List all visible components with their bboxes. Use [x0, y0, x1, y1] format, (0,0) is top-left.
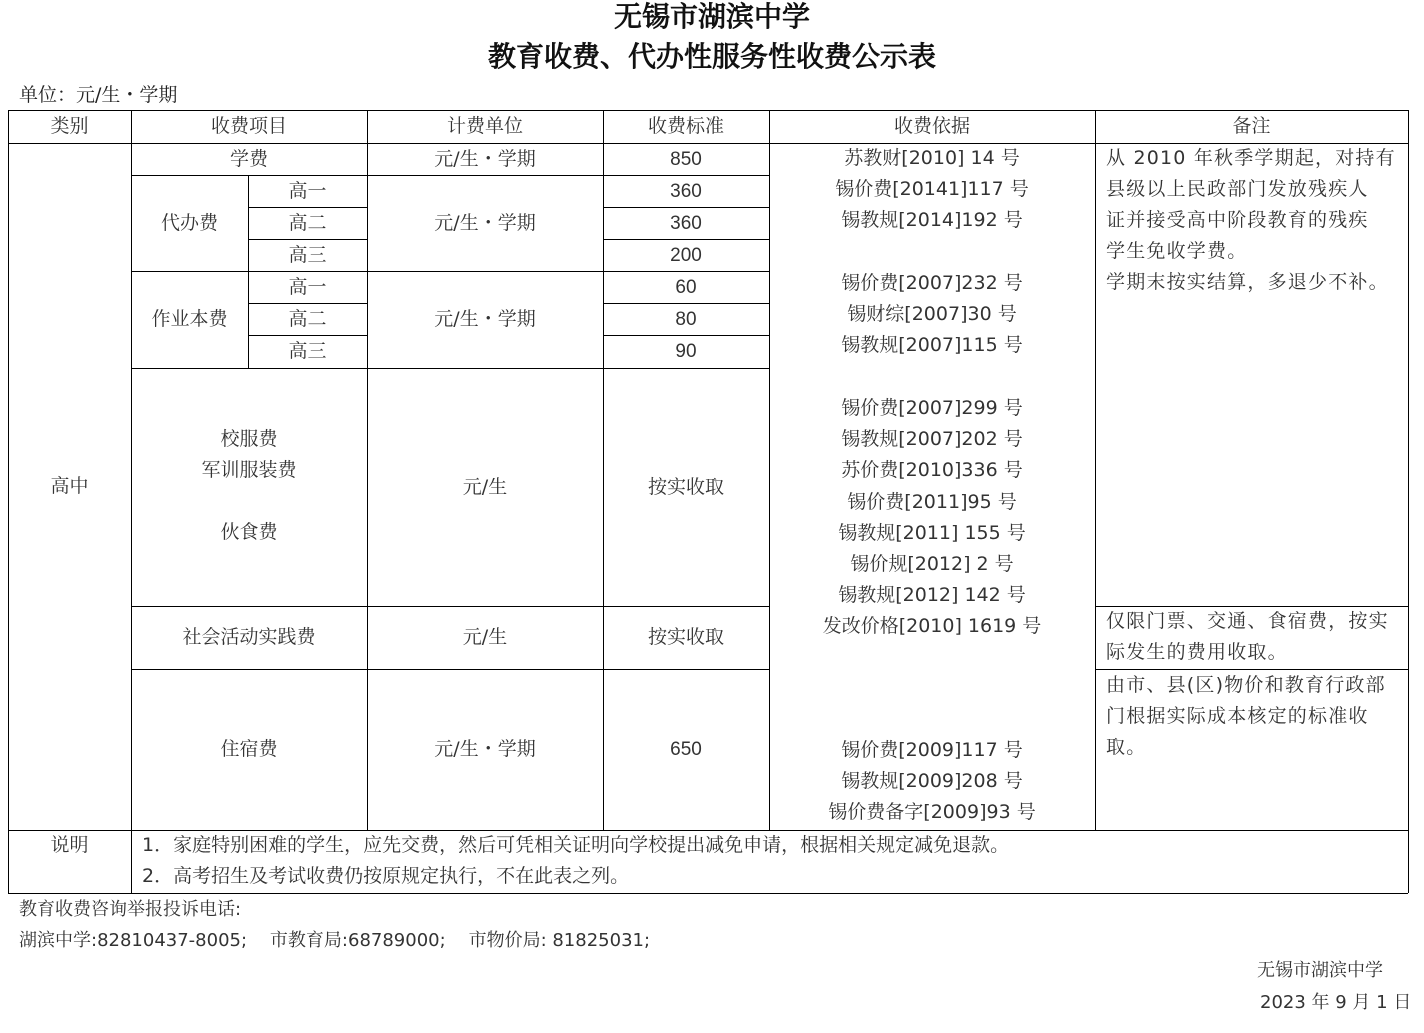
- social-unit: 元/生: [367, 606, 603, 669]
- basis-line: 锡教规[2007]202 号: [841, 424, 1022, 455]
- basis-line: 锡教规[2014]192 号: [841, 205, 1022, 236]
- workbook-item: 作业本费: [131, 271, 248, 368]
- header-remarks: 备注: [1095, 110, 1408, 143]
- dorm-item: 住宿费: [131, 669, 367, 830]
- remark-line: 仅限门票、交通、食宿费，按实: [1106, 606, 1400, 637]
- explanation-item-1: 1．家庭特别困难的学生，应先交费，然后可凭相关证明向学校提出减免申请，根据相关规…: [142, 830, 1402, 861]
- remark-social-practice: 仅限门票、交通、食宿费，按实 际发生的费用收取。: [1095, 606, 1408, 668]
- agency-standard-2: 360: [603, 207, 769, 239]
- workbook-grade-3: 高三: [248, 335, 367, 368]
- hotline-phones: 湖滨中学:82810437-8005; 市教育局:68789000; 市物价局:…: [19, 929, 650, 953]
- basis-line: 锡价规[2012] 2 号: [850, 549, 1013, 580]
- header-category: 类别: [8, 110, 131, 143]
- military-uniform-item: 军训服装费: [131, 455, 367, 486]
- basis-line: 锡价费[20141]117 号: [835, 174, 1029, 205]
- remark-line: 门根据实际成本核定的标准收: [1106, 701, 1400, 732]
- agency-unit: 元/生・学期: [367, 175, 603, 271]
- remark-line: 由市、县(区)物价和教育行政部: [1106, 670, 1400, 701]
- basis-group-dorm: 锡价费[2009]117 号 锡教规[2009]208 号 锡价费备字[2009…: [769, 735, 1095, 829]
- remark-line: 县级以上民政部门发放残疾人: [1106, 174, 1400, 205]
- workbook-unit: 元/生・学期: [367, 271, 603, 368]
- remark-dorm: 由市、县(区)物价和教育行政部 门根据实际成本核定的标准收 取。: [1095, 670, 1408, 763]
- basis-line: 锡教规[2011] 155 号: [838, 518, 1026, 549]
- school-title: 无锡市湖滨中学: [0, 0, 1424, 34]
- header-item: 收费项目: [131, 110, 367, 143]
- basis-line: 锡财综[2007]30 号: [847, 299, 1016, 330]
- issuer-name: 无锡市湖滨中学: [1257, 959, 1383, 983]
- explanation-label: 说明: [8, 830, 131, 861]
- workbook-standard-1: 60: [603, 271, 769, 303]
- agency-grade-2: 高二: [248, 207, 367, 239]
- agency-item: 代办费: [131, 175, 248, 271]
- dorm-standard: 650: [603, 669, 769, 830]
- agency-grade-1: 高一: [248, 175, 367, 207]
- basis-line: 锡教规[2007]115 号: [841, 330, 1022, 361]
- agency-standard-3: 200: [603, 239, 769, 271]
- explanation-item-2: 2．高考招生及考试收费仍按原规定执行，不在此表之列。: [142, 861, 1402, 892]
- workbook-standard-2: 80: [603, 303, 769, 335]
- social-item: 社会活动实践费: [131, 606, 367, 669]
- basis-line: 锡教规[2009]208 号: [841, 766, 1022, 797]
- header-basis: 收费依据: [769, 110, 1095, 143]
- dorm-unit: 元/生・学期: [367, 669, 603, 830]
- uniform-items: 校服费 军训服装费 伙食费: [131, 424, 367, 548]
- remark-line: 证并接受高中阶段教育的残疾: [1106, 205, 1400, 236]
- explanation-list: 1．家庭特别困难的学生，应先交费，然后可凭相关证明向学校提出减免申请，根据相关规…: [142, 830, 1402, 892]
- meal-item: 伙食费: [131, 517, 367, 548]
- basis-line: 锡价费[2007]232 号: [841, 268, 1022, 299]
- document-title: 教育收费、代办性服务性收费公示表: [0, 38, 1424, 76]
- table-border-bottom: [8, 893, 1408, 894]
- header-billing-unit: 计费单位: [367, 110, 603, 143]
- tuition-unit: 元/生・学期: [367, 143, 603, 175]
- unit-label: 单位：元/生・学期: [19, 82, 177, 108]
- basis-line: 锡价费[2009]117 号: [841, 735, 1022, 766]
- issue-date: 2023 年 9 月 1 日: [1260, 991, 1411, 1015]
- workbook-standard-3: 90: [603, 335, 769, 368]
- uniform-item: 校服费: [131, 424, 367, 455]
- remark-line: 取。: [1106, 732, 1400, 763]
- workbook-grade-1: 高一: [248, 271, 367, 303]
- remark-line: 学期末按实结算，多退少不补。: [1106, 267, 1400, 298]
- tuition-item: 学费: [131, 143, 367, 175]
- header-standard: 收费标准: [603, 110, 769, 143]
- basis-group-workbook: 锡价费[2007]232 号 锡财综[2007]30 号 锡教规[2007]11…: [769, 268, 1095, 362]
- uniform-unit: 元/生: [367, 368, 603, 606]
- remark-line: 学生免收学费。: [1106, 236, 1400, 267]
- remark-line: 际发生的费用收取。: [1106, 637, 1400, 668]
- category-cell: 高中: [8, 143, 131, 830]
- basis-line: 锡价费[2007]299 号: [841, 393, 1022, 424]
- basis-line: 发改价格[2010] 1619 号: [823, 611, 1042, 642]
- basis-line: 锡价费[2011]95 号: [847, 487, 1016, 518]
- remark-tuition-exemption: 从 2010 年秋季学期起，对持有 县级以上民政部门发放残疾人 证并接受高中阶段…: [1095, 143, 1408, 298]
- basis-line: 锡价费备字[2009]93 号: [828, 797, 1035, 828]
- tuition-standard: 850: [603, 143, 769, 175]
- remark-line: 从 2010 年秋季学期起，对持有: [1106, 143, 1400, 174]
- social-standard: 按实收取: [603, 606, 769, 669]
- workbook-grade-2: 高二: [248, 303, 367, 335]
- basis-group-tuition-agency: 苏教财[2010] 14 号 锡价费[20141]117 号 锡教规[2014]…: [769, 143, 1095, 237]
- uniform-standard: 按实收取: [603, 368, 769, 606]
- basis-group-uniform-social: 锡价费[2007]299 号 锡教规[2007]202 号 苏价费[2010]3…: [769, 393, 1095, 643]
- basis-line: 苏教财[2010] 14 号: [844, 143, 1019, 174]
- hotline-label: 教育收费咨询举报投诉电话:: [19, 898, 241, 922]
- basis-line: 苏价费[2010]336 号: [841, 455, 1022, 486]
- basis-line: 锡教规[2012] 142 号: [838, 580, 1026, 611]
- agency-grade-3: 高三: [248, 239, 367, 271]
- table-border-right: [1408, 110, 1409, 893]
- agency-standard-1: 360: [603, 175, 769, 207]
